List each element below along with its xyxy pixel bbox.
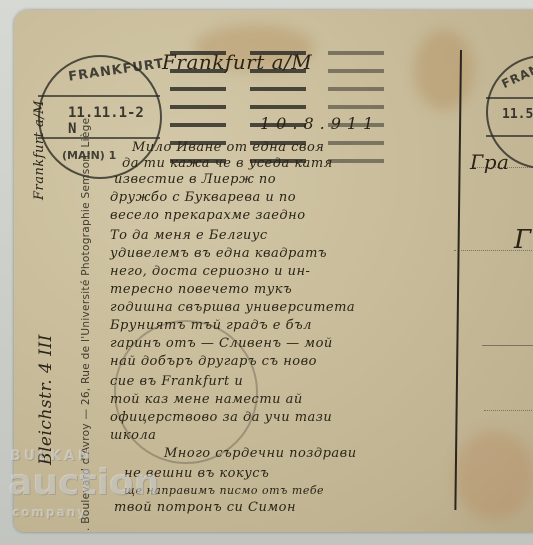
side-note-bottom: Bleichstr. 4 III: [36, 334, 56, 465]
side-note-top: Frankfurt a/M: [32, 100, 47, 200]
header-place: Frankfurt a/M: [162, 50, 312, 74]
address-line: [482, 345, 533, 346]
header-date: 10.8.911: [260, 114, 379, 133]
stain: [414, 30, 474, 110]
address-fragment: Г: [514, 225, 532, 255]
address-fragment: Гра: [470, 150, 509, 174]
address-line: [484, 410, 533, 411]
center-divider-line: [454, 50, 461, 510]
stain: [454, 430, 533, 520]
